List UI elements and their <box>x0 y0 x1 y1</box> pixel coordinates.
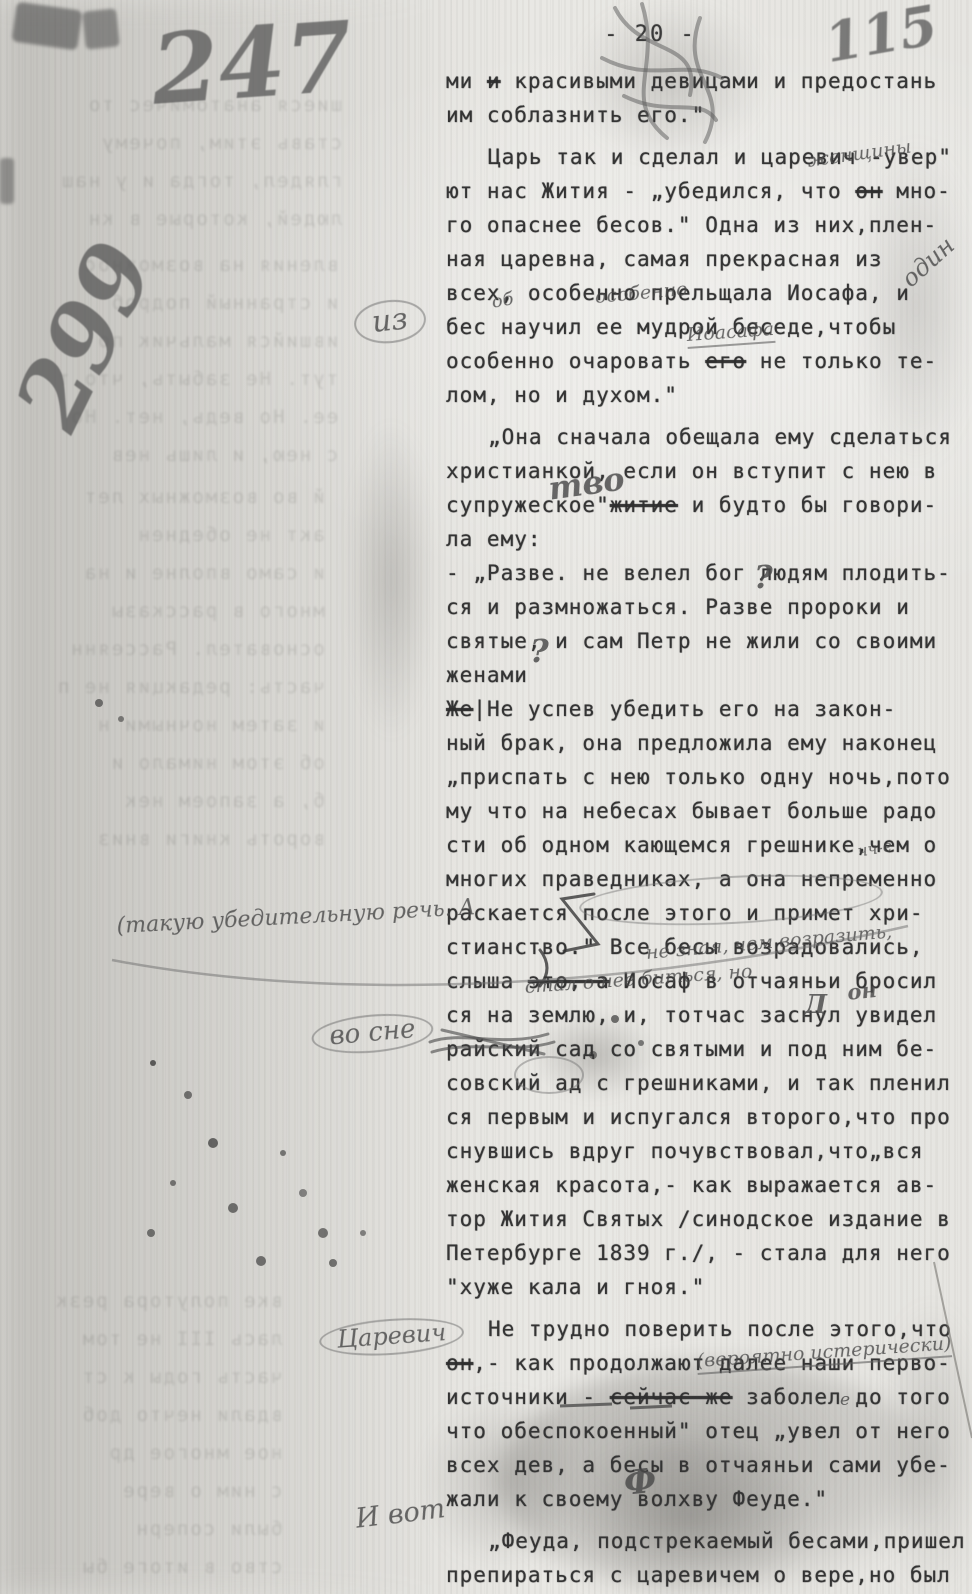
bleedthrough-line: ное многое др <box>54 1434 282 1472</box>
margin-note-vo-sne: во сне <box>310 1009 435 1057</box>
bleedthrough-line: с ним о вере <box>54 1472 282 1510</box>
typed-line: тор Жития Святых /синодское издание в <box>446 1202 970 1236</box>
typed-line: им соблазнить его." <box>446 98 970 132</box>
typed-segment: препираться с царевичем о вере,но был <box>446 1563 951 1587</box>
typed-segment: увидел <box>842 1003 938 1027</box>
typed-segment: всех дев, а бесы в отчаяньи сами убе- <box>446 1453 951 1477</box>
bleedthrough-line: лась III не том <box>54 1320 282 1358</box>
typed-line: ла ему: <box>446 522 970 556</box>
typed-line: всех дев, а бесы в отчаяньи сами убе- <box>446 1448 970 1482</box>
corner-mark <box>82 8 120 49</box>
hw-question-mark-2: ? <box>530 632 549 670</box>
typed-segment: женская красота,- как выражается ав- <box>446 1173 937 1197</box>
typed-line: „Феуда, подстрекаемый бесами,пришел <box>446 1524 970 1558</box>
typed-line: христианкой, если он вступит с нею в <box>446 454 970 488</box>
typed-segment: ся и размножаться. Разве пророки и <box>446 595 910 619</box>
typed-line: препираться с царевичем о вере,но был <box>446 1558 970 1592</box>
typed-segment: снувшись вдруг почувствовал,что„вся <box>446 1139 924 1163</box>
typed-line: святые, и сам Петр не жили со своими <box>446 624 970 658</box>
typed-line: что обеспокоенный" отец „увел от него <box>446 1414 970 1448</box>
bleedthrough-line: вдали нечто доб <box>54 1396 282 1434</box>
typed-line: супружеское"житие и будто бы говори- <box>446 488 970 522</box>
bleedthrough-line: вороть книги вниз <box>56 820 325 858</box>
typed-segment: особенно очаровать <box>446 349 705 373</box>
typed-segment: христианкой, если он вступит с нею в <box>446 459 937 483</box>
margin-note-i-vot: И вот <box>354 1493 447 1535</box>
typed-segment: мно- <box>883 179 951 203</box>
overwrite-f: Ф <box>622 1461 658 1504</box>
typed-segment: святые, и сам Петр не жили со своими <box>446 629 937 653</box>
typed-line: ся и размножаться. Разве пророки и <box>446 590 970 624</box>
typed-segment: ная царевна, самая прекрасная из <box>446 247 883 271</box>
typed-segment: и <box>487 69 501 93</box>
typed-line: всех, особенно прельщала Иосафа, и <box>446 276 970 310</box>
bleedthrough-block: й во возможных летакт не обеднени само в… <box>56 478 325 858</box>
typed-segment: ся на землю, и, тотчас заснул <box>446 1003 842 1027</box>
bleedthrough-line: акт не обеднен <box>56 516 325 554</box>
corner-mark <box>12 2 83 51</box>
typed-segment: его <box>705 349 746 373</box>
typed-line: ся на землю, и, тотчас заснул увидел <box>446 998 970 1032</box>
typed-line: го опаснее бесов." Одна из них,плен- <box>446 208 970 242</box>
typed-segment: женами <box>446 663 528 687</box>
typed-segment: не только те- <box>746 349 937 373</box>
typed-segment: „приспать с нею только одну ночь,пото <box>446 765 951 789</box>
bleedthrough-line: основател. Рассеянн <box>56 630 325 668</box>
typed-line: „приспать с нею только одну ночь,пото <box>446 760 970 794</box>
typed-segment: бес научил ее мудрой беседе,чтобы <box>446 315 896 339</box>
typed-segment: он <box>855 179 882 203</box>
margin-note-iz: из <box>352 297 428 347</box>
typed-segment: красивыми девицами и предостань <box>501 69 938 93</box>
typed-segment: "хуже кала и гноя." <box>446 1275 705 1299</box>
typed-line: - „Разве. не велел бог людям плодить- <box>446 556 970 590</box>
typed-segment: лом, но и духом." <box>446 383 678 407</box>
pencil-loop-ad <box>514 1056 584 1094</box>
bleedthrough-line: б, а запоем нек <box>56 782 325 820</box>
typed-segment: ный брак, она предложила ему наконец <box>446 731 937 755</box>
typed-line: жали к своему волхву Феуде." <box>446 1482 970 1516</box>
typed-line: женская красота,- как выражается ав- <box>446 1168 970 1202</box>
paper-stain <box>348 420 434 740</box>
bleedthrough-line: й во возможных лет <box>56 478 325 516</box>
typed-segment: что обеспокоенный" отец „увел от него <box>446 1419 951 1443</box>
bleedthrough-line: часть годы к ст <box>54 1358 282 1396</box>
pencil-number-247: 247 <box>148 0 356 127</box>
typed-line: источники - сейчас же заболел до того <box>446 1380 970 1414</box>
typed-segment: го опаснее бесов." Одна из них,плен- <box>446 213 937 237</box>
typed-segment: ют нас Жития - „убедился, что <box>446 179 855 203</box>
typed-line: ют нас Жития - „убедился, что он мно- <box>446 174 970 208</box>
typed-segment: ми <box>446 69 487 93</box>
typed-segment: он <box>446 1351 473 1375</box>
typed-line: снувшись вдруг почувствовал,что„вся <box>446 1134 970 1168</box>
bleedthrough-line: об этом нимало и <box>56 744 325 782</box>
typed-segment: им соблазнить его." <box>446 103 705 127</box>
typed-segment: „Феуда, подстрекаемый бесами,пришел <box>488 1529 966 1553</box>
typed-line: особенно очаровать его не только те- <box>446 344 970 378</box>
bleedthrough-line: были соперн <box>54 1510 282 1548</box>
typed-segment: тор Жития Святых /синодское издание в <box>446 1207 951 1231</box>
typed-line: ная царевна, самая прекрасная из <box>446 242 970 276</box>
bleedthrough-block: вке полутора резклась III не томчасть го… <box>54 1282 282 1586</box>
typed-segment: сейчас же <box>610 1385 733 1409</box>
bleedthrough-line: много в рассказы <box>56 592 325 630</box>
typed-line: „Она сначала обещала ему сделаться <box>446 420 970 454</box>
hw-question-mark-1: ? <box>754 558 773 596</box>
typed-line: ный брак, она предложила ему наконец <box>446 726 970 760</box>
interlinear-ob: об <box>490 288 515 312</box>
typed-segment: источники - <box>446 1385 610 1409</box>
bleedthrough-line: глядел, тогда и у наш <box>60 162 342 200</box>
bleedthrough-line: и затем ночными н <box>56 706 325 744</box>
ink-speckles <box>150 1060 156 1066</box>
typed-line: Петербурге 1839 г./, - стала для него <box>446 1236 970 1270</box>
typed-segment: ся первым и испугался второго,что про <box>446 1105 951 1129</box>
typed-line: лом, но и духом." <box>446 378 970 412</box>
insert-e: е <box>840 1390 850 1410</box>
typed-segment: слыша <box>446 969 528 993</box>
page-number: - 20 - <box>585 22 715 47</box>
bleedthrough-line: часть: редакция не п <box>56 668 325 706</box>
typed-line: ся первым и испугался второго,что про <box>446 1100 970 1134</box>
scanned-typescript-page: шиеся анатомичес тоставь этим, почемугля… <box>0 0 972 1594</box>
typed-segment: му что на небесах бывает больше радо <box>446 799 937 823</box>
interlinear-on: он <box>846 977 878 1005</box>
typed-segment: Петербурге 1839 г./, - стала для него <box>446 1241 951 1265</box>
typed-segment: |Не успев убедить его на закон- <box>473 697 896 721</box>
typed-line: Же|Не успев убедить его на закон- <box>446 692 970 726</box>
typed-line: "хуже кала и гноя." <box>446 1270 970 1304</box>
margin-note-tsarevich: Царевич <box>318 1314 465 1360</box>
typed-segment: и будто бы говори- <box>678 493 937 517</box>
bleedthrough-line: людей, которые в кн <box>60 200 342 238</box>
typed-segment: Же <box>446 697 473 721</box>
bleedthrough-line: вке полутора резк <box>54 1282 282 1320</box>
bleedthrough-line: и само вполне и на <box>56 554 325 592</box>
edge-mark <box>0 158 14 204</box>
typed-line: му что на небесах бывает больше радо <box>446 794 970 828</box>
typed-segment: ла ему: <box>446 527 542 551</box>
overwrite-d: Д <box>804 990 827 1020</box>
bleedthrough-line: ство в итоге бы <box>54 1548 282 1586</box>
bleedthrough-line: ставь этим, почему <box>60 124 342 162</box>
typed-segment: - „Разве. не велел бог людям плодить- <box>446 561 951 585</box>
typed-line: ми и красивыми девицами и предостань <box>446 64 970 98</box>
typed-segment: райский сад со святыми и под ним бе- <box>446 1037 937 1061</box>
typed-segment: „Она сначала обещала ему сделаться <box>488 425 952 449</box>
typed-line: женами <box>446 658 970 692</box>
margin-note-speech: (такую убедительную речь. А <box>116 895 476 939</box>
bleedthrough-line: с нею, и лишь нев <box>56 436 338 474</box>
